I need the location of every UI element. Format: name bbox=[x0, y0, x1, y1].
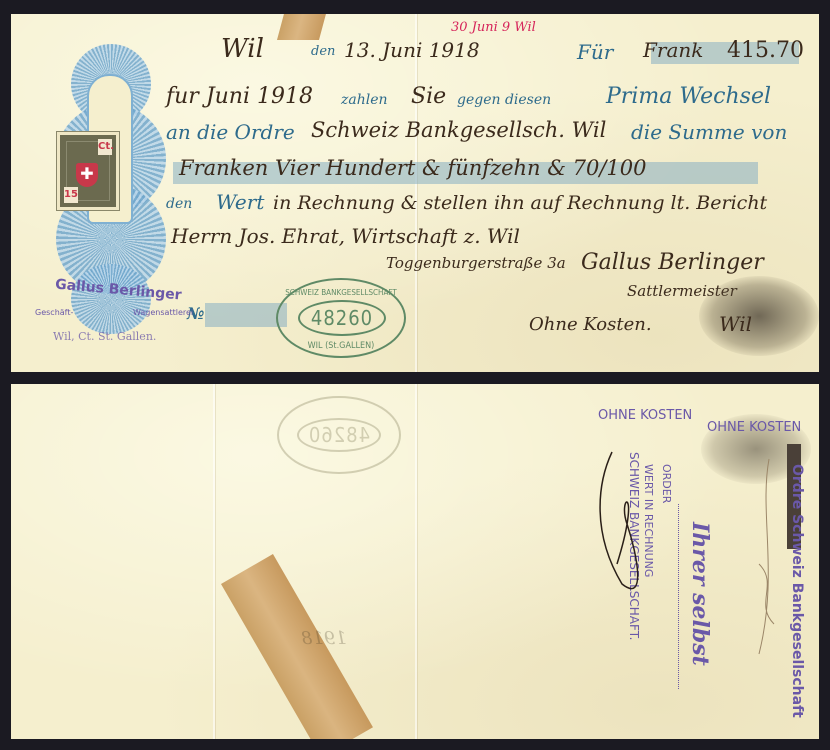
drawee-name: Herrn Jos. Ehrat, Wirtschaft z. Wil bbox=[171, 224, 520, 248]
ink-smudge bbox=[699, 276, 819, 356]
value-clause: in Rechnung & stellen ihn auf Rechnung l… bbox=[273, 192, 767, 214]
second-endorsement: Ordre Schweiz Bankgesellschaft bbox=[789, 464, 805, 718]
faded-show-through: 1918 bbox=[301, 628, 347, 649]
endorsement-ihrer-selbst: Ihrer selbst bbox=[687, 522, 713, 666]
date-prefix: den bbox=[311, 44, 335, 59]
ohne-kosten-stamp: OHNE KOSTEN bbox=[598, 408, 692, 423]
printed-text: zahlen bbox=[341, 92, 388, 108]
bank-oval-stamp: SCHWEIZ BANKGESELLSCHAFT 48260 WIL (St.G… bbox=[276, 278, 406, 358]
signature-place: Wil bbox=[719, 312, 752, 336]
place: Wil bbox=[221, 34, 264, 64]
printed-text: an die Ordre bbox=[166, 120, 295, 144]
due-date: fur Juni 1918 bbox=[166, 84, 313, 109]
fold-line bbox=[213, 384, 215, 739]
document-title: Prima Wechsel bbox=[606, 84, 771, 109]
dotted-line bbox=[678, 504, 679, 689]
drawer-stamp-business: Wagensattlerei bbox=[133, 308, 193, 317]
adhesive-tape bbox=[277, 14, 327, 40]
amount-value: 415.70 bbox=[727, 38, 804, 63]
drawer-stamp-business: Geschäft- bbox=[35, 308, 73, 317]
number-band bbox=[205, 303, 287, 327]
printed-text: den bbox=[166, 196, 192, 212]
endorsement-signature bbox=[587, 444, 657, 604]
amount-in-words: Franken Vier Hundert & fünfzehn & 70/100 bbox=[179, 156, 646, 180]
amount-prefix: Für bbox=[577, 40, 613, 64]
bill-front: Ct. ✚ 15 Wil den 13. Juni 1918 30 Juni 9… bbox=[11, 14, 819, 372]
swiss-cross-icon: ✚ bbox=[76, 163, 98, 187]
bank-stamp-number: 48260 bbox=[298, 300, 386, 336]
drawer-endorsement-signature bbox=[749, 454, 789, 684]
amount-currency: Frank bbox=[643, 38, 703, 62]
printed-text: gegen diesen bbox=[457, 92, 551, 108]
adhesive-tape bbox=[221, 554, 373, 739]
revenue-stamp: Ct. ✚ 15 bbox=[57, 132, 119, 210]
printed-text: Wert bbox=[216, 190, 264, 214]
bill-back: 48260 1918 OHNE KOSTEN OHNE KOSTEN ORDER… bbox=[11, 384, 819, 739]
red-annotation: 30 Juni 9 Wil bbox=[451, 20, 536, 35]
drawer-stamp-address: Wil, Ct. St. Gallen. bbox=[53, 330, 156, 343]
fold-line bbox=[415, 384, 417, 739]
printed-text: die Summe von bbox=[631, 120, 787, 144]
payee-name: Schweiz Bankgesellsch. Wil bbox=[311, 118, 606, 142]
drawer-signature: Gallus Berlinger bbox=[581, 250, 764, 275]
endorsement-order: ORDER bbox=[660, 464, 673, 503]
mirrored-stamp: 48260 bbox=[277, 396, 401, 474]
issue-date: 13. Juni 1918 bbox=[344, 38, 480, 62]
drawee-address: Toggenburgerstraße 3a bbox=[386, 254, 566, 272]
no-protest-note: Ohne Kosten. bbox=[529, 314, 652, 335]
ohne-kosten-stamp: OHNE KOSTEN bbox=[707, 420, 801, 435]
payee-pronoun: Sie bbox=[411, 84, 446, 109]
